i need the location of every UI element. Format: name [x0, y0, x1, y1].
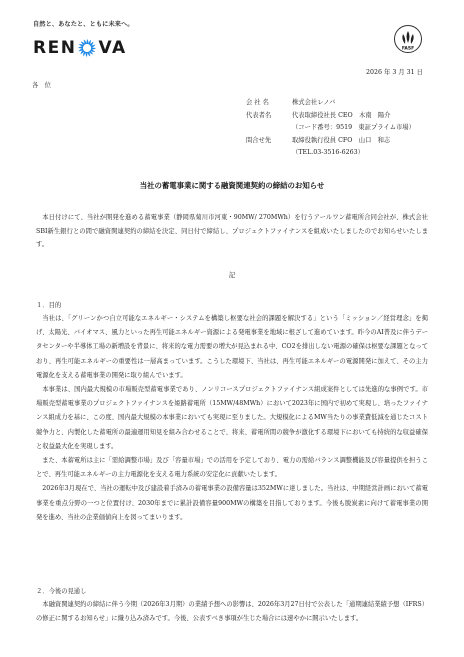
addressee: 各 位 [32, 80, 51, 89]
logo-text-right: VA [98, 38, 126, 58]
logo-text-left: REN [33, 38, 76, 58]
intro-text: 本日付けにて、当社が開発を進める蓄電事業（静岡県菊川市河東・90MW/ 270M… [36, 211, 428, 252]
section-1-paragraph: 2026年3月現在で、当社の運転中及び建設着手済みの蓄電事業の設備容量は352M… [36, 482, 428, 525]
publication-date: 2026 年 3 月 31 日 [366, 67, 423, 76]
section-1-heading: １．目的 [36, 300, 61, 309]
section-1-paragraph: また、本蓄電所は主に「需給調整市場」及び「容量市場」での活用を予定しており、電力… [36, 454, 428, 482]
info-label: 問合せ先 [246, 135, 292, 148]
intro-paragraph: 本日付けにて、当社が開発を進める蓄電事業（静岡県菊川市河東・90MW/ 270M… [36, 211, 428, 252]
section-2-heading: ２．今後の見通し [36, 586, 86, 595]
info-value: 取締役執行役員 CFO 山口 和志 [292, 135, 390, 148]
section-1-body: 当社は、「グリーンかつ自立可能なエネルギー・システムを構築し枢要な社会的課題を解… [36, 312, 428, 525]
info-label: 代表者名 [246, 110, 292, 123]
info-value: 代表取締役社長 CEO 木南 陽介 [292, 110, 390, 123]
info-label: 会 社 名 [246, 97, 292, 110]
section-1-paragraph: 本事業は、国内最大規模の市場販売型蓄電事業であり、ノンリコースプロジェクトファイ… [36, 383, 428, 454]
svg-text:FASF: FASF [402, 46, 414, 52]
company-name-row: 会 社 名 株式会社レノバ [246, 97, 415, 110]
renova-logo: REN VA [33, 38, 127, 58]
fasf-certification-icon: FASF [393, 24, 423, 54]
section-1-paragraph: 当社は、「グリーンかつ自立可能なエネルギー・システムを構築し枢要な社会的課題を解… [36, 312, 428, 383]
stock-code-row: （コード番号：9519 東証プライム市場） [246, 122, 415, 135]
ki-marker: 記 [0, 270, 464, 279]
sun-burst-icon [77, 38, 97, 58]
company-info-block: 会 社 名 株式会社レノバ 代表者名 代表取締役社長 CEO 木南 陽介 （コー… [246, 97, 415, 160]
company-tagline: 自然と、あなたと、ともに未来へ。 [33, 19, 134, 28]
info-value: 株式会社レノバ [292, 97, 335, 110]
section-2-body: 本融資関連契約の締結に伴う今期（2026年3月期）の業績予想への影響は、2026… [36, 598, 428, 626]
telephone-row: （TEL.03-3516-6263） [246, 147, 415, 160]
section-2-paragraph: 本融資関連契約の締結に伴う今期（2026年3月期）の業績予想への影響は、2026… [36, 598, 428, 626]
document-title: 当社の蓄電事業に関する融資関連契約の締結のお知らせ [0, 180, 464, 191]
representative-row: 代表者名 代表取締役社長 CEO 木南 陽介 [246, 110, 415, 123]
contact-row: 問合せ先 取締役執行役員 CFO 山口 和志 [246, 135, 415, 148]
